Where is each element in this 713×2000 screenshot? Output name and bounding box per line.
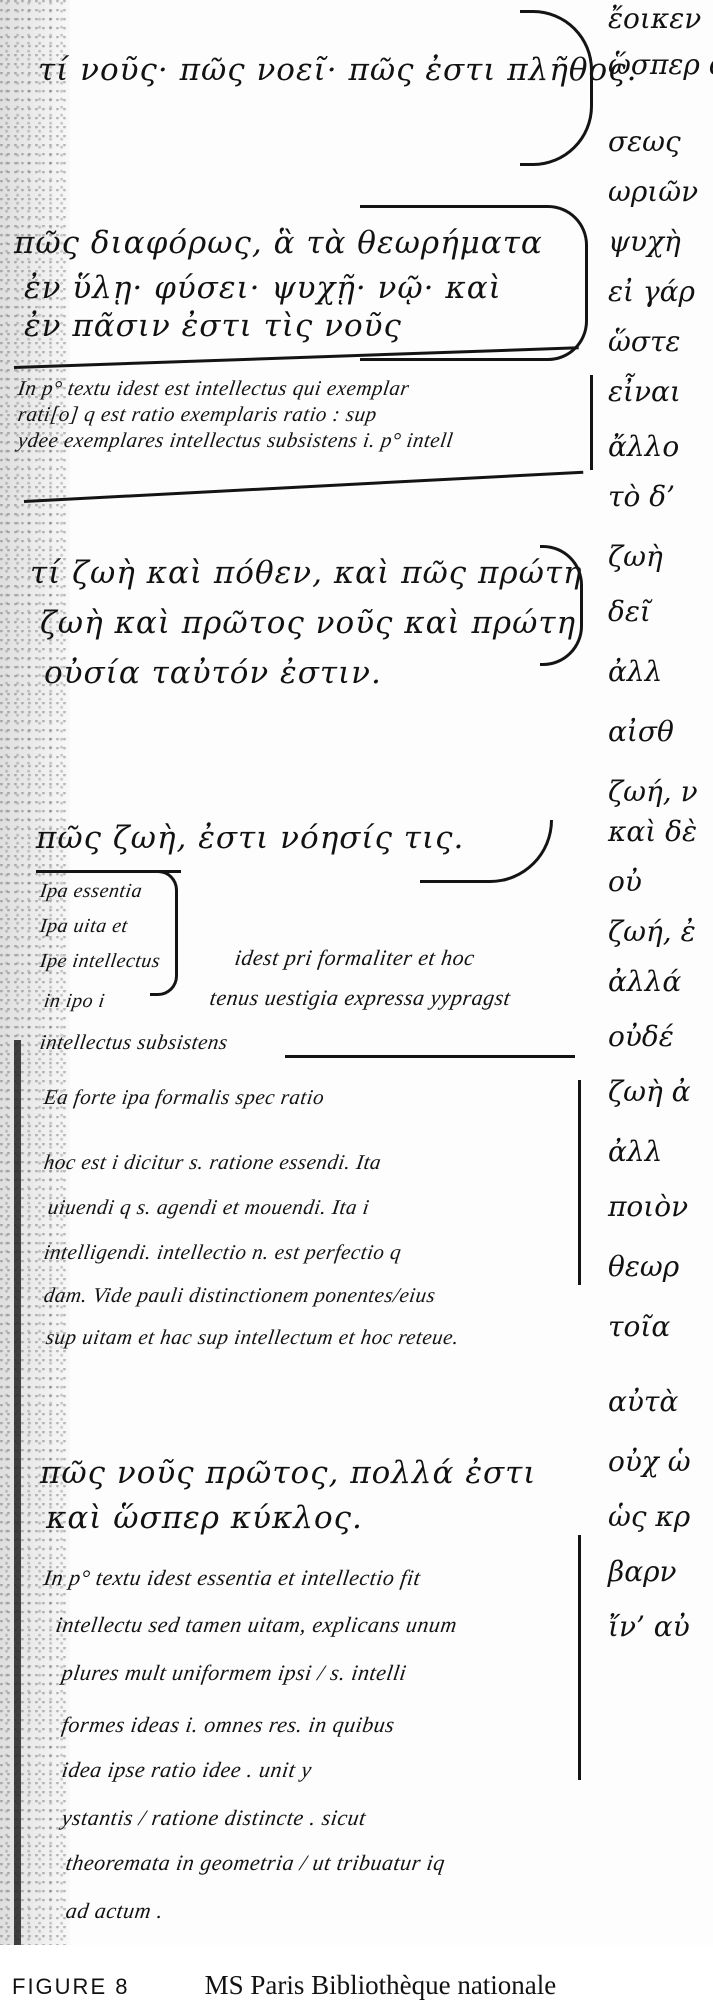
- latin-gloss-2-line-5: intellectus subsistens: [38, 1030, 229, 1055]
- latin-gloss-4-line-5: idea ipse ratio idee . unit y: [60, 1757, 313, 1783]
- latin-gloss-1-line-3: ydee exemplares intellectus subsistens i…: [16, 428, 454, 453]
- greek-text-2-line-3: ἐν πᾶσιν ἐστι τὶς νοῦς: [24, 308, 402, 344]
- column-word: ἴν’ αὐ: [608, 1610, 690, 1643]
- margin-bracket: [590, 375, 593, 470]
- column-word: αὐτὰ: [608, 1385, 678, 1418]
- column-word: ὡς κρ: [608, 1500, 690, 1533]
- latin-gloss-2-line-4: in ipo i: [42, 990, 106, 1013]
- enclosing-brace: [150, 870, 178, 996]
- latin-gloss-4-line-7: theoremata in geometria / ut tribuatur i…: [64, 1850, 447, 1876]
- latin-gloss-3-line-2: hoc est i dicitur s. ratione essendi. It…: [42, 1150, 383, 1175]
- latin-gloss-2-line-1: Ipa essentia: [38, 880, 143, 903]
- column-word: ἀλλ: [608, 1135, 662, 1168]
- column-word: ζωὴ ἀ: [608, 1075, 691, 1108]
- column-word: δεῖ: [608, 595, 651, 628]
- column-word: οὐδέ: [608, 1020, 674, 1053]
- latin-gloss-3-line-5: dam. Vide pauli distinctionem ponentes/e…: [42, 1283, 437, 1308]
- column-word: ψυχὴ: [608, 225, 681, 258]
- greek-text-3-line-2: ζωὴ καὶ πρῶτος νοῦς καὶ πρώτη: [40, 605, 576, 641]
- column-word: ἀλλά: [608, 965, 681, 998]
- greek-heading-4: πῶς ζωὴ, ἐστι νόησίς τις.: [36, 820, 464, 856]
- margin-bracket: [578, 1535, 581, 1780]
- column-word: καὶ δὲ: [608, 815, 697, 848]
- column-word: ἀλλ: [608, 655, 662, 688]
- latin-gloss-1-line-1: In p° textu idest est intellectus qui ex…: [16, 376, 411, 401]
- latin-gloss-4-line-6: ystantis / ratione distincte . sicut: [60, 1805, 368, 1831]
- latin-gloss-3-line-3: uiuendi q s. agendi et mouendi. Ita i: [46, 1195, 371, 1220]
- column-word: τὸ δ’: [608, 480, 675, 513]
- enclosing-brace: [540, 545, 583, 666]
- column-word: ὥσπερ ἀ: [608, 48, 713, 81]
- latin-gloss-4-line-1: In p° textu idest essentia et intellecti…: [42, 1565, 422, 1591]
- figure-label: FIGURE 8: [12, 1974, 129, 1999]
- column-word: ζωὴ: [608, 540, 663, 573]
- greek-text-5-line-2: καὶ ὥσπερ κύκλος.: [46, 1500, 363, 1536]
- latin-gloss-3-line-4: intelligendi. intellectio n. est perfect…: [42, 1240, 403, 1265]
- column-word: εἰ γάρ: [608, 275, 695, 308]
- enclosing-brace: [360, 205, 588, 361]
- latin-gloss-2-line-3: Ipe intellectus: [38, 950, 161, 973]
- page-edge: [14, 1040, 21, 1945]
- divider-rule: [285, 1055, 575, 1058]
- latin-gloss-3-line-6: sup uitam et hac sup intellectum et hoc …: [44, 1325, 460, 1350]
- column-word: ἔοικεν: [608, 2, 701, 35]
- latin-gloss-4-line-3: plures mult uniformem ipsi / s. intelli: [60, 1660, 408, 1686]
- greek-text-3-line-1: τί ζωὴ καὶ πόθεν, καὶ πῶς πρώτη: [30, 555, 583, 591]
- connector-curve: [420, 820, 553, 883]
- latin-gloss-1-line-2: rati[o] q est ratio exemplaris ratio : s…: [16, 402, 378, 427]
- connector-bracket: [520, 10, 593, 166]
- column-word: ποιὸν: [608, 1190, 688, 1223]
- manuscript-figure: τί νοῦς· πῶς νοεῖ· πῶς ἐστι πλῆθος. πῶς …: [0, 0, 713, 1945]
- figure-caption: FIGURE 8 MS Paris Bibliothèque nationale: [12, 1970, 712, 2000]
- divider-rule: [24, 471, 583, 503]
- column-word: οὐ: [608, 865, 642, 898]
- column-word: ωριῶν: [608, 175, 698, 208]
- latin-gloss-3-line-1: Ea forte ipa formalis spec ratio: [42, 1085, 326, 1110]
- latin-gloss-4-line-8: ad actum .: [64, 1898, 165, 1924]
- column-word: ὥστε: [608, 325, 680, 358]
- greek-text-5-line-1: πῶς νοῦς πρῶτος, πολλά ἐστι: [40, 1455, 536, 1491]
- column-word: τοῖα: [608, 1310, 670, 1343]
- latin-gloss-4-line-2: intellectu sed tamen uitam, explicans un…: [54, 1612, 459, 1638]
- column-word: αἰσθ: [608, 715, 674, 748]
- latin-gloss-2-line-2: Ipa uita et: [38, 915, 129, 938]
- latin-gloss-4-line-4: formes ideas i. omnes res. in quibus: [60, 1712, 396, 1738]
- column-word: ζωή, ν: [608, 775, 698, 808]
- latin-gloss-2b-line-1: idest pri formaliter et hoc: [233, 945, 476, 971]
- column-word: θεωρ: [608, 1250, 679, 1283]
- column-word: εἶναι: [608, 375, 681, 408]
- adjacent-text-column: ἔοικεν ὥσπερ ἀ σεως ωριῶν ψυχὴ εἰ γάρ ὥσ…: [600, 0, 713, 1945]
- column-word: βαρν: [608, 1555, 677, 1588]
- latin-gloss-2b-line-2: tenus uestigia expressa yypragst: [208, 985, 512, 1011]
- column-word: οὐχ ὡ: [608, 1445, 691, 1478]
- column-word: σεως: [608, 125, 681, 158]
- margin-bracket: [578, 1080, 581, 1285]
- greek-text-3-line-3: οὐσία ταὐτόν ἐστιν.: [44, 655, 382, 691]
- column-word: ζωή, ἐ: [608, 915, 696, 948]
- caption-text: MS Paris Bibliothèque nationale: [205, 1970, 557, 2000]
- column-word: ἄλλο: [608, 430, 679, 463]
